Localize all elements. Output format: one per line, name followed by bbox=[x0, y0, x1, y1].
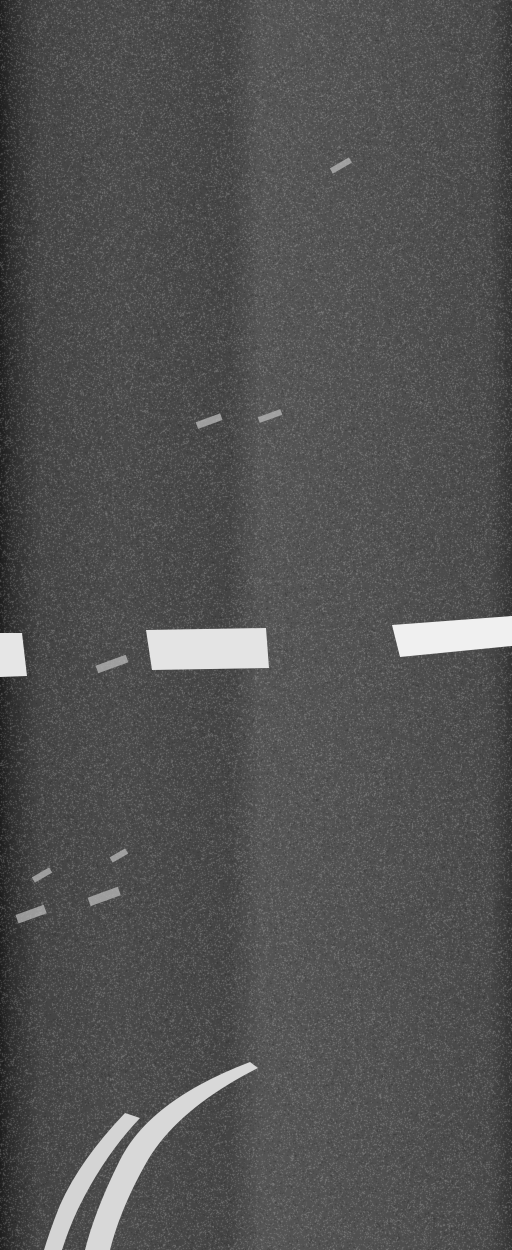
stop-line-segment-left bbox=[0, 633, 27, 677]
faint-reflective-marks bbox=[15, 157, 351, 923]
stop-line-segment-center bbox=[146, 628, 269, 670]
curved-turn-lane-line-outer bbox=[85, 1062, 258, 1250]
stop-line-segment-right bbox=[392, 616, 512, 657]
lane-markings bbox=[0, 0, 512, 1250]
road-surface-image bbox=[0, 0, 512, 1250]
